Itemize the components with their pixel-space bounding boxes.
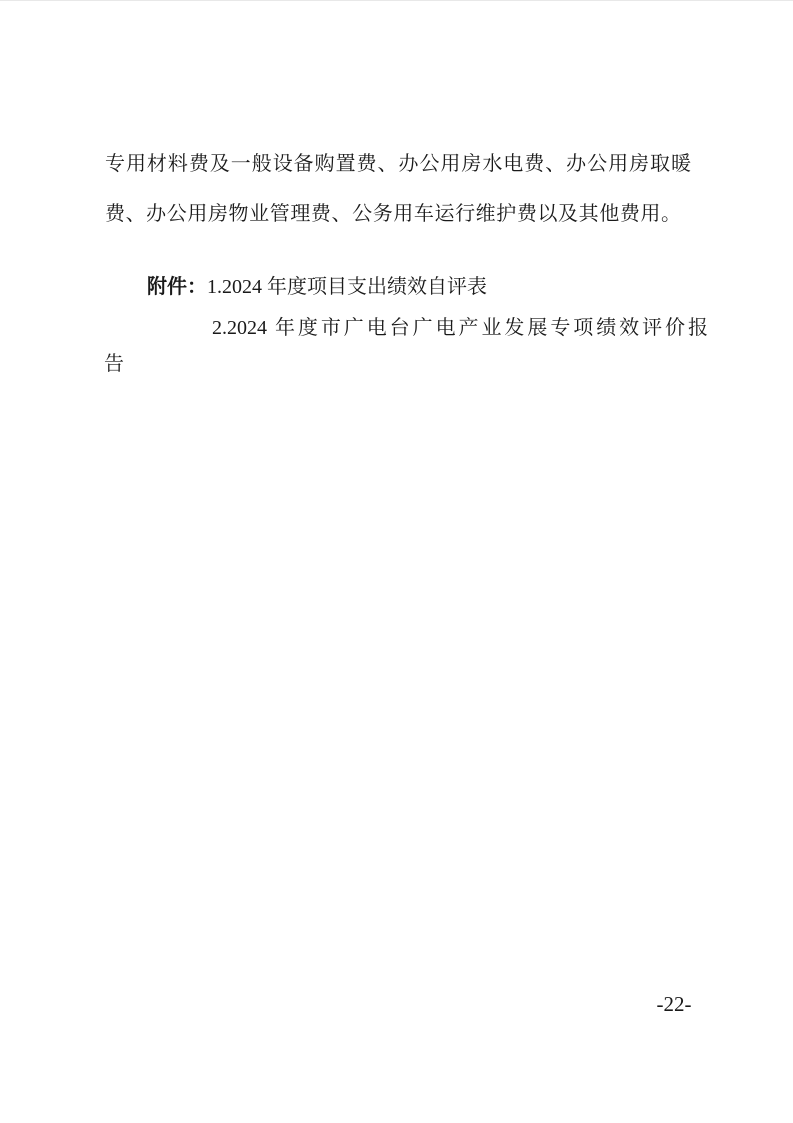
attachment-item-1: 1.2024 年度项目支出绩效自评表 bbox=[207, 276, 487, 298]
attachment-item-2-line-1: 2.2024 年度市广电台广电产业发展专项绩效评价报 bbox=[212, 314, 708, 342]
body-paragraph-line-2: 费、办公用房物业管理费、公务用车运行维护费以及其他费用。 bbox=[105, 200, 681, 228]
attachment-label: 附件： bbox=[147, 276, 207, 298]
attachment-list-line-1: 附件：1.2024 年度项目支出绩效自评表 bbox=[147, 273, 487, 301]
document-page: 专用材料费及一般设备购置费、办公用房水电费、办公用房取暖 费、办公用房物业管理费… bbox=[0, 0, 793, 1123]
attachment-item-2-line-2: 告 bbox=[104, 350, 124, 378]
body-paragraph-line-1: 专用材料费及一般设备购置费、办公用房水电费、办公用房取暖 bbox=[105, 150, 691, 178]
page-number: -22- bbox=[653, 993, 695, 1015]
